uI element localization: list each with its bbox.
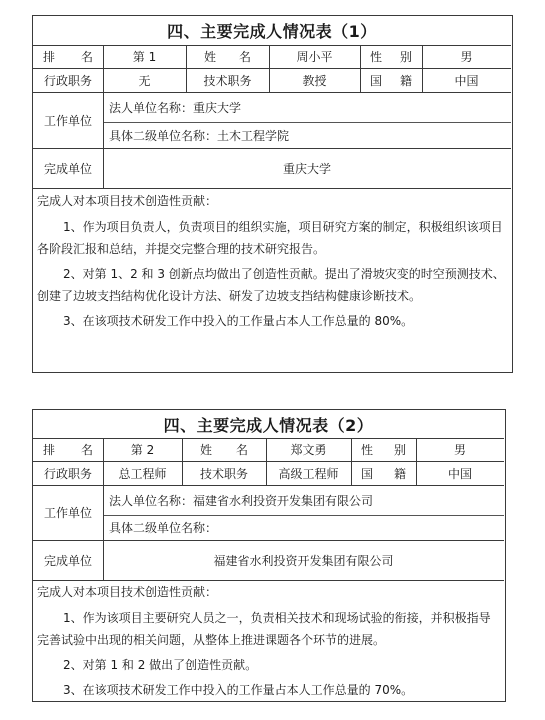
name-label: 姓名 <box>182 438 266 461</box>
tech-position-value: 高级工程师 <box>266 461 351 485</box>
completing-unit-label: 完成单位 <box>33 540 103 580</box>
name-value: 郑文勇 <box>266 438 351 461</box>
nationality-value: 中国 <box>422 68 511 92</box>
work-unit-label: 工作单位 <box>33 92 103 148</box>
name-label: 姓名 <box>186 45 269 68</box>
admin-position-label: 行政职务 <box>33 461 103 485</box>
admin-position-value: 无 <box>103 68 186 92</box>
completing-unit-label: 完成单位 <box>33 148 103 188</box>
rank-label: 排名 <box>33 45 103 68</box>
contribution-item: 2、对第 1、2 和 3 创新点均做出了创造性贡献。提出了滑坡灾变的时空预测技术… <box>37 263 507 307</box>
name-value: 周小平 <box>269 45 360 68</box>
table-title: 四、主要完成人情况表（1） <box>33 16 511 45</box>
nationality-value: 中国 <box>416 461 504 485</box>
contribution-section: 完成人对本项目技术创造性贡献： 1、作为项目负责人，负责项目的组织实施，项目研究… <box>33 190 511 335</box>
gender-label: 性别 <box>351 438 416 461</box>
contribution-item: 3、在该项技术研发工作中投入的工作量占本人工作总量的 70%。 <box>37 679 500 701</box>
secondary-unit-name: 具体二级单位名称：土木工程学院 <box>103 122 511 148</box>
tech-position-label: 技术职务 <box>186 68 269 92</box>
completing-unit-value: 福建省水利投资开发集团有限公司 <box>103 540 504 580</box>
gender-value: 男 <box>416 438 504 461</box>
admin-position-label: 行政职务 <box>33 68 103 92</box>
rank-label: 排名 <box>33 438 103 461</box>
admin-position-value: 总工程师 <box>103 461 182 485</box>
tech-position-value: 教授 <box>269 68 360 92</box>
work-unit-label: 工作单位 <box>33 485 103 540</box>
contribution-heading: 完成人对本项目技术创造性贡献： <box>37 581 500 603</box>
contribution-heading: 完成人对本项目技术创造性贡献： <box>37 190 507 212</box>
contribution-item: 3、在该项技术研发工作中投入的工作量占本人工作总量的 80%。 <box>37 310 507 332</box>
legal-unit-name: 法人单位名称：福建省水利投资开发集团有限公司 <box>103 485 504 515</box>
nationality-label: 国籍 <box>351 461 416 485</box>
contribution-section: 完成人对本项目技术创造性贡献： 1、作为该项目主要研究人员之一，负责相关技术和现… <box>33 581 504 704</box>
completer-table-2: 四、主要完成人情况表（2） 排名 第 2 姓名 郑文勇 性别 男 行政职务 总工… <box>32 409 506 702</box>
table-title: 四、主要完成人情况表（2） <box>33 410 504 438</box>
gender-label: 性别 <box>360 45 422 68</box>
gender-value: 男 <box>422 45 511 68</box>
contribution-item: 2、对第 1 和 2 做出了创造性贡献。 <box>37 654 500 676</box>
nationality-label: 国籍 <box>360 68 422 92</box>
completer-table-1: 四、主要完成人情况表（1） 排名 第 1 姓名 周小平 性别 男 行政职务 无 … <box>32 15 513 373</box>
contribution-item: 1、作为该项目主要研究人员之一，负责相关技术和现场试验的衔接，并积极指导完善试验… <box>37 607 500 651</box>
completing-unit-value: 重庆大学 <box>103 148 511 188</box>
tech-position-label: 技术职务 <box>182 461 266 485</box>
secondary-unit-name: 具体二级单位名称： <box>103 515 504 540</box>
contribution-item: 1、作为项目负责人，负责项目的组织实施，项目研究方案的制定，积极组织该项目各阶段… <box>37 216 507 260</box>
rank-value: 第 1 <box>103 45 186 68</box>
legal-unit-name: 法人单位名称：重庆大学 <box>103 92 511 122</box>
divider <box>33 188 511 189</box>
rank-value: 第 2 <box>103 438 182 461</box>
